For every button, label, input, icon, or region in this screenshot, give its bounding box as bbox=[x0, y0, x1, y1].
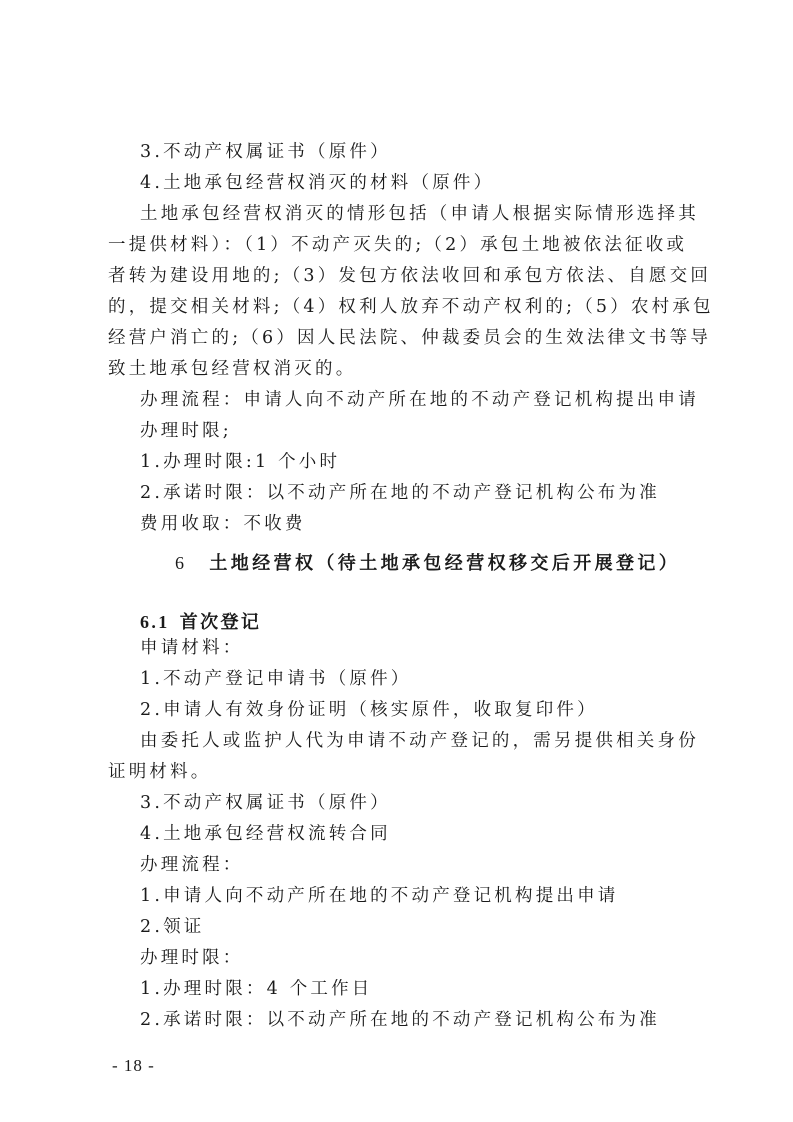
paragraph-line: 由委托人或监护人代为申请不动产登记的，需另提供相关身份 bbox=[140, 730, 699, 752]
subsection-number: 6.1 bbox=[140, 612, 170, 632]
time-limit-item-1: 1.办理时限:1 个小时 bbox=[140, 451, 340, 473]
process-step-2: 2.领证 bbox=[140, 916, 205, 938]
section-6-1-heading: 6.1首次登记 bbox=[140, 608, 261, 634]
material-item-3: 3.不动产权属证书（原件） bbox=[140, 792, 391, 814]
paragraph-line: 的，提交相关材料;（4）权利人放弃不动产权利的;（5）农村承包 bbox=[108, 296, 714, 318]
section-number: 6 bbox=[175, 553, 187, 573]
section-6-heading: 6土地经营权（待土地承包经营权移交后开展登记） bbox=[175, 549, 680, 575]
fee-line: 费用收取：不收费 bbox=[140, 513, 306, 535]
process-label: 办理流程： bbox=[140, 854, 244, 876]
material-item-2: 2.申请人有效身份证明（核实原件，收取复印件） bbox=[140, 699, 598, 721]
time-limit-label: 办理时限： bbox=[140, 947, 244, 969]
process-step-1: 1.申请人向不动产所在地的不动产登记机构提出申请 bbox=[140, 885, 619, 907]
paragraph-line: 者转为建设用地的;（3）发包方依法收回和承包方依法、自愿交回 bbox=[108, 265, 711, 287]
process-line: 办理流程：申请人向不动产所在地的不动产登记机构提出申请 bbox=[140, 389, 699, 411]
material-item-3: 3.不动产权属证书（原件） bbox=[140, 141, 391, 163]
time-limit-item-1: 1.办理时限：4 个工作日 bbox=[140, 978, 373, 1000]
paragraph-line: 土地承包经营权消灭的情形包括（申请人根据实际情形选择其 bbox=[140, 203, 699, 225]
time-limit-item-2: 2.承诺时限：以不动产所在地的不动产登记机构公布为准 bbox=[140, 482, 660, 504]
material-item-4: 4.土地承包经营权消灭的材料（原件） bbox=[140, 172, 494, 194]
page-number: - 18 - bbox=[112, 1056, 155, 1076]
paragraph-line: 一提供材料）：（1）不动产灭失的;（2）承包土地被依法征收或 bbox=[108, 234, 687, 256]
paragraph-line: 证明材料。 bbox=[108, 761, 212, 783]
time-limit-item-2: 2.承诺时限：以不动产所在地的不动产登记机构公布为准 bbox=[140, 1009, 660, 1031]
paragraph-line: 经营户消亡的;（6）因人民法院、仲裁委员会的生效法律文书等导 bbox=[108, 327, 711, 349]
material-item-4: 4.土地承包经营权流转合同 bbox=[140, 823, 391, 845]
paragraph-line: 致土地承包经营权消灭的。 bbox=[108, 358, 356, 380]
section-title: 土地经营权（待土地承包经营权移交后开展登记） bbox=[209, 553, 680, 574]
material-item-1: 1.不动产登记申请书（原件） bbox=[140, 668, 412, 690]
subsection-title: 首次登记 bbox=[180, 612, 262, 633]
materials-label: 申请材料： bbox=[140, 637, 244, 659]
time-limit-label: 办理时限; bbox=[140, 420, 232, 442]
document-page: 3.不动产权属证书（原件） 4.土地承包经营权消灭的材料（原件） 土地承包经营权… bbox=[0, 0, 793, 1122]
